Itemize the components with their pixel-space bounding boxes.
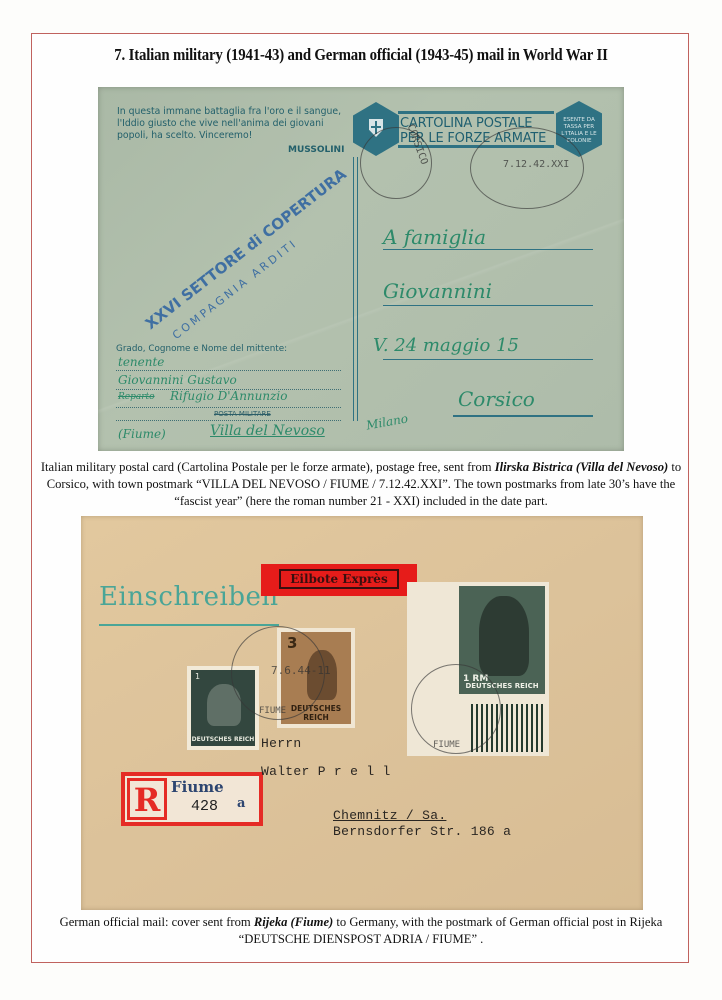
express-label: Eilbote Exprès — [261, 564, 417, 596]
recipient-salutation: Herrn — [261, 736, 302, 751]
italian-postal-card: In questa immane battaglia fra l'oro e i… — [98, 87, 624, 451]
page-title: 7. Italian military (1941-43) and German… — [36, 45, 686, 65]
caption-postcard: Italian military postal card (Cartolina … — [40, 459, 682, 510]
recipient-street: Bernsdorfer Str. 186 a — [333, 824, 511, 839]
propaganda-quote: In questa immane battaglia fra l'oro e i… — [117, 106, 347, 142]
caption-cover: German official mail: cover sent from Ri… — [40, 914, 682, 948]
divider-bayonet — [353, 157, 358, 421]
quote-author: MUSSOLINI — [288, 145, 344, 155]
einschreiben-label: Einschreiben — [99, 582, 279, 612]
recipient-city: Chemnitz / Sa. — [333, 808, 446, 823]
registration-label: R Fiume 428 a — [121, 772, 263, 826]
german-registered-cover: Einschreiben Eilbote Exprès 1 DEUTSCHES … — [81, 516, 643, 910]
recipient-name: Walter P r e l l — [261, 764, 391, 779]
sender-label: Grado, Cognome e Nome del mittente: — [116, 344, 287, 354]
